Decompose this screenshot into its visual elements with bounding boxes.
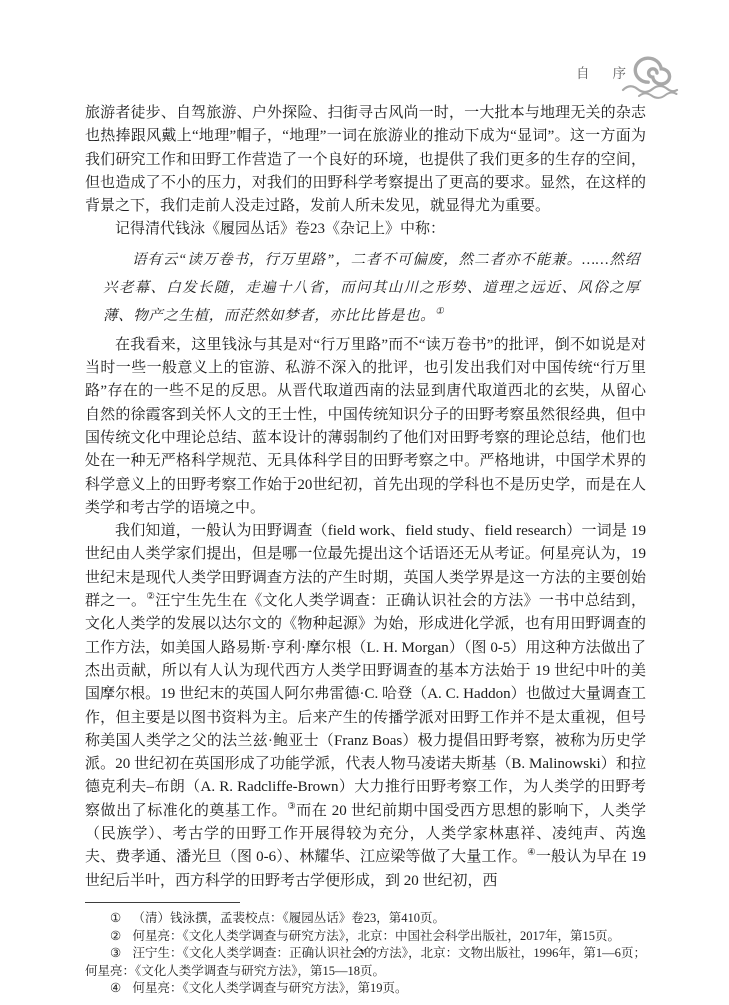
footnote-4-text: 何星亮：《文化人类学调查与研究方法》，第19页。	[132, 981, 407, 995]
footnote-ref-1: ①	[435, 307, 444, 317]
footnote-1-text: （清）钱泳撰，孟裴校点：《履园丛话》卷23，第410页。	[132, 911, 445, 925]
footnote-2-marker: ②	[110, 929, 121, 943]
page-number: · v ·	[0, 944, 729, 959]
book-preface-page: 自序 旅游者徒步、自驾旅游、户外探险、扫街寻古风尚一时，一大批本与地理无关的杂志…	[0, 0, 729, 1005]
running-head-right: 自序	[576, 56, 679, 105]
footnote-2: ②何星亮：《文化人类学调查与研究方法》，北京：中国社会科学出版社，2017年，第…	[85, 928, 646, 946]
paragraph-quote-intro: 记得清代钱泳《履园丛话》卷23《杂记上》中称：	[85, 218, 646, 241]
footnote-ref-4: ④	[527, 848, 536, 858]
footnote-4: ④何星亮：《文化人类学调查与研究方法》，第19页。	[85, 980, 646, 998]
footnote-separator	[85, 902, 240, 903]
footnote-ref-3: ③	[287, 802, 296, 812]
main-text: 旅游者徒步、自驾旅游、户外探险、扫街寻古风尚一时，一大批本与地理无关的杂志也热捧…	[85, 102, 646, 998]
footnote-1: ①（清）钱泳撰，孟裴校点：《履园丛话》卷23，第410页。	[85, 910, 646, 928]
page-title: 自序	[576, 56, 627, 82]
block-quote: 语有云“读万卷书，行万里路”，二者不可偏废，然二者亦不能兼。……然绍兴老幕、白发…	[103, 246, 640, 330]
footnote-2-text: 何星亮：《文化人类学调查与研究方法》，北京：中国社会科学出版社，2017年，第1…	[132, 929, 620, 943]
paragraph-continuation: 旅游者徒步、自驾旅游、户外探险、扫街寻古风尚一时，一大批本与地理无关的杂志也热捧…	[85, 102, 646, 218]
wave-spiral-icon	[621, 56, 679, 105]
paragraph-commentary: 在我看来，这里钱泳与其是对“行万里路”而不“读万卷书”的批评，倒不如说是对当时一…	[85, 334, 646, 520]
running-head: 自序	[0, 56, 729, 102]
footnote-ref-2: ②	[146, 592, 155, 602]
p4-segment-2: 汪宁生先生在《文化人类学调查：正确认识社会的方法》一书中总结到，文化人类学的发展…	[85, 593, 646, 819]
footnote-4-marker: ④	[110, 981, 121, 995]
footnote-1-marker: ①	[110, 911, 121, 925]
quote-text: 语有云“读万卷书，行万里路”，二者不可偏废，然二者亦不能兼。……然绍兴老幕、白发…	[103, 252, 640, 324]
page-title-char-1: 自	[576, 66, 591, 81]
paragraph-fieldwork-history: 我们知道，一般认为田野调查（field work、field study、fie…	[85, 520, 646, 893]
